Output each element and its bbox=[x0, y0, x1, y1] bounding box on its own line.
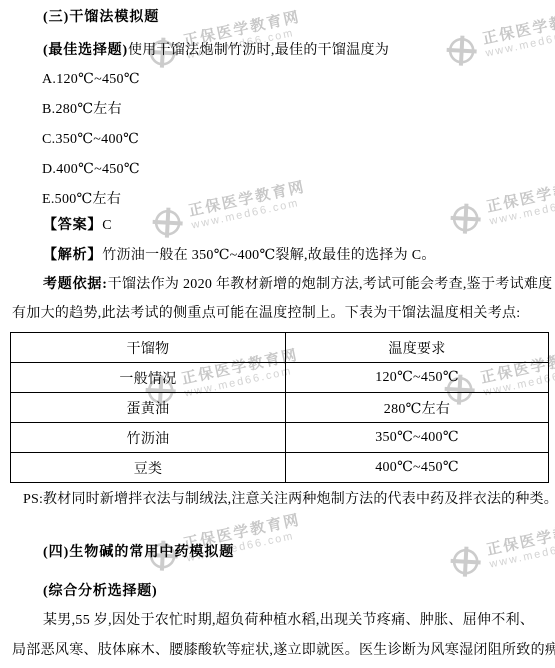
section4-question-type-label: (综合分析选择题) bbox=[43, 584, 158, 600]
table-cell-material: 一般情况 bbox=[11, 363, 286, 393]
basis-line-1: 考题依据:干馏法作为 2020 年教材新增的炮制方法,考试可能会考查,鉴于考试难… bbox=[43, 277, 552, 293]
watermark-brand: 正保医学教育网 bbox=[481, 7, 555, 49]
option-c: C.350℃~400℃ bbox=[42, 132, 139, 148]
watermark-text: 正保医学教育网 www.med66.com bbox=[187, 179, 310, 233]
table-row: 蛋黄油 280℃左右 bbox=[11, 393, 549, 423]
analysis-label: 【解析】 bbox=[43, 248, 102, 263]
case-line-2: 局部恶风寒、肢体麻木、腰膝酸软等症状,遂立即就医。医生诊断为风寒湿闭阻所致的痹病… bbox=[12, 643, 555, 659]
basis-text-1: 干馏法作为 2020 年教材新增的炮制方法,考试可能会考查,鉴于考试难度 bbox=[108, 277, 553, 292]
table-cell-temperature: 400℃~450℃ bbox=[286, 453, 549, 483]
section4-heading: (四)生物碱的常用中药模拟题 bbox=[43, 545, 234, 561]
table-header-row: 干馏物 温度要求 bbox=[11, 333, 549, 363]
answer-line: 【答案】C bbox=[43, 218, 112, 234]
watermark: 正保医学教育网 www.med66.com bbox=[144, 510, 305, 574]
basis-label: 考题依据: bbox=[43, 277, 108, 292]
option-d: D.400℃~450℃ bbox=[42, 162, 140, 178]
watermark-url: www.med66.com bbox=[489, 534, 555, 571]
watermark-text: 正保医学教育网 www.med66.com bbox=[485, 518, 555, 572]
section3-question-line: (最佳选择题)使用干馏法炮制竹沥时,最佳的干馏温度为 bbox=[43, 43, 389, 59]
document-page: 正保医学教育网 www.med66.com 正保医学教育网 www.med66.… bbox=[0, 0, 555, 668]
table-row: 豆类 400℃~450℃ bbox=[11, 453, 549, 483]
watermark-url: www.med66.com bbox=[489, 191, 555, 228]
watermark: 正保医学教育网 www.med66.com bbox=[447, 173, 555, 237]
watermark-brand: 正保医学教育网 bbox=[485, 518, 555, 560]
option-b: B.280℃左右 bbox=[42, 102, 122, 118]
table-header-temperature: 温度要求 bbox=[286, 333, 549, 363]
med66-logo-icon bbox=[149, 204, 187, 242]
table-header-material: 干馏物 bbox=[11, 333, 286, 363]
question-type-label: (最佳选择题) bbox=[43, 43, 128, 58]
basis-line-2: 有加大的趋势,此法考试的侧重点可能在温度控制上。下表为干馏法温度相关考点: bbox=[12, 306, 521, 322]
ps-note: PS:教材同时新增拌衣法与制绒法,注意关注两种炮制方法的代表中药及拌衣法的种类。 bbox=[23, 492, 555, 508]
table-cell-material: 豆类 bbox=[11, 453, 286, 483]
watermark-text: 正保医学教育网 www.med66.com bbox=[481, 7, 555, 61]
watermark: 正保医学教育网 www.med66.com bbox=[443, 5, 555, 69]
table-cell-temperature: 350℃~400℃ bbox=[286, 423, 549, 453]
case-line-1: 某男,55 岁,因处于农忙时期,超负荷种植水稻,出现关节疼痛、肿胀、屈伸不利、 bbox=[43, 613, 534, 629]
table-cell-material: 竹沥油 bbox=[11, 423, 286, 453]
watermark-url: www.med66.com bbox=[485, 23, 555, 60]
watermark-url: www.med66.com bbox=[191, 195, 310, 232]
table-cell-temperature: 120℃~450℃ bbox=[286, 363, 549, 393]
analysis-text: 竹沥油一般在 350℃~400℃裂解,故最佳的选择为 C。 bbox=[102, 248, 435, 263]
answer-label: 【答案】 bbox=[43, 218, 102, 233]
watermark-brand: 正保医学教育网 bbox=[187, 179, 307, 221]
section3-heading: (三)干馏法模拟题 bbox=[43, 10, 159, 26]
answer-value: C bbox=[102, 218, 112, 233]
watermark: 正保医学教育网 www.med66.com bbox=[144, 7, 305, 71]
table-cell-material: 蛋黄油 bbox=[11, 393, 286, 423]
med66-logo-icon bbox=[443, 32, 481, 70]
temperature-table: 干馏物 温度要求 一般情况 120℃~450℃ 蛋黄油 280℃左右 竹沥油 3… bbox=[10, 332, 549, 483]
med66-logo-icon bbox=[447, 200, 485, 238]
watermark: 正保医学教育网 www.med66.com bbox=[149, 177, 310, 241]
watermark-text: 正保医学教育网 www.med66.com bbox=[485, 175, 555, 229]
watermark-brand: 正保医学教育网 bbox=[485, 175, 555, 217]
med66-logo-icon bbox=[447, 543, 485, 581]
table-cell-temperature: 280℃左右 bbox=[286, 393, 549, 423]
question-text: 使用干馏法炮制竹沥时,最佳的干馏温度为 bbox=[128, 43, 389, 58]
table-row: 一般情况 120℃~450℃ bbox=[11, 363, 549, 393]
watermark: 正保医学教育网 www.med66.com bbox=[447, 516, 555, 580]
option-a: A.120℃~450℃ bbox=[42, 72, 140, 88]
option-e: E.500℃左右 bbox=[42, 192, 121, 208]
table-row: 竹沥油 350℃~400℃ bbox=[11, 423, 549, 453]
analysis-line: 【解析】竹沥油一般在 350℃~400℃裂解,故最佳的选择为 C。 bbox=[43, 248, 436, 264]
